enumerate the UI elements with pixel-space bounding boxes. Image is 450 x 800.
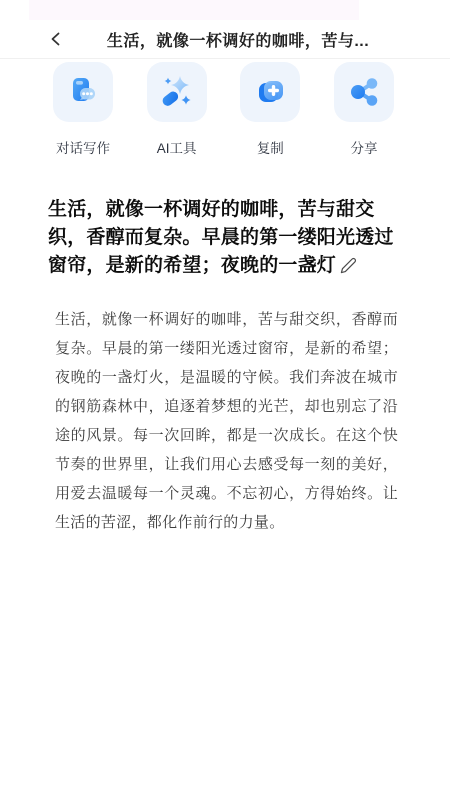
action-label: 复制 [257, 137, 284, 157]
header-bar: 生活，就像一杯调好的咖啡，苦与... [0, 20, 450, 59]
article-title: 生活，就像一杯调好的咖啡，苦与甜交织，香醇而复杂。早晨的第一缕阳光透过窗帘，是新… [0, 196, 450, 283]
magic-wand-icon [157, 72, 197, 112]
action-share[interactable]: 分享 [334, 62, 394, 157]
chat-writing-icon [63, 72, 103, 112]
action-copy[interactable]: 复制 [240, 62, 300, 157]
action-label: 对话写作 [56, 137, 110, 157]
share-nodes-icon [344, 72, 384, 112]
status-bar-strip [29, 0, 359, 20]
back-button[interactable] [38, 20, 74, 58]
pencil-edit-icon [340, 257, 357, 274]
action-chat-writing[interactable]: 对话写作 [53, 62, 113, 157]
copy-plus-icon [250, 72, 290, 112]
article-section: 生活，就像一杯调好的咖啡，苦与甜交织，香醇而复杂。早晨的第一缕阳光透过窗帘，是新… [0, 196, 450, 537]
action-buttons-row: 对话写作 AI工具 [0, 62, 450, 157]
action-ai-tools[interactable]: AI工具 [147, 62, 207, 157]
action-label: 分享 [350, 137, 377, 157]
article-body-text: 生活，就像一杯调好的咖啡，苦与甜交织，香醇而复杂。早晨的第一缕阳光透过窗帘，是新… [0, 305, 450, 537]
edit-title-button[interactable] [340, 255, 357, 283]
action-label: AI工具 [157, 137, 197, 157]
chevron-left-icon [49, 32, 63, 46]
